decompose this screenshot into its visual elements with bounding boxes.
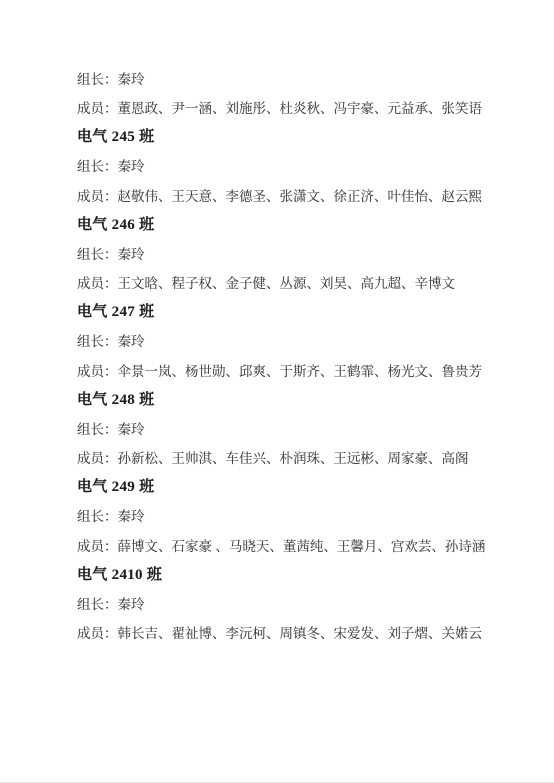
members-names: 孙新松、王帅淇、车佳兴、朴润珠、王远彬、周家豪、高阁 — [118, 451, 469, 466]
members-label: 成员： — [77, 451, 118, 466]
leader-name: 秦玲 — [118, 159, 145, 174]
class-heading: 电气 249 班 — [77, 473, 488, 502]
leader-label: 组长： — [77, 509, 118, 524]
members-names: 董恩政、尹一涵、刘施彤、杜炎秋、冯宇豪、元益承、张笑语 — [118, 101, 483, 116]
leader-line: 组长：秦玲 — [77, 590, 488, 619]
leader-name: 秦玲 — [118, 422, 145, 437]
leader-name: 秦玲 — [118, 509, 145, 524]
members-names: 韩长吉、翟祉博、李沅柯、周镇冬、宋爱发、刘子熠、关婼云 — [118, 626, 483, 641]
leader-name: 秦玲 — [118, 247, 145, 262]
leader-label: 组长： — [77, 422, 118, 437]
members-label: 成员： — [77, 626, 118, 641]
members-names: 赵敬伟、王天意、李德圣、张潇文、徐正济、叶佳怡、赵云熙 — [118, 189, 483, 204]
members-line: 成员：伞景一岚、杨世勋、邱爽、于斯齐、王鹤霏、杨光文、鲁贵芳 — [77, 357, 488, 386]
members-names: 王文晗、程子权、金子健、丛源、刘昊、高九超、辛博文 — [118, 276, 456, 291]
members-line: 成员：赵敬伟、王天意、李德圣、张潇文、徐正济、叶佳怡、赵云熙 — [77, 182, 488, 211]
members-label: 成员： — [77, 189, 118, 204]
leader-name: 秦玲 — [118, 72, 145, 87]
members-label: 成员： — [77, 539, 118, 554]
members-label: 成员： — [77, 364, 118, 379]
members-line: 成员：王文晗、程子权、金子健、丛源、刘昊、高九超、辛博文 — [77, 269, 488, 298]
leader-label: 组长： — [77, 159, 118, 174]
members-names: 薛博文、石家豪 、马晓天、董茜纯、王馨月、宫欢芸、孙诗涵 — [118, 539, 486, 554]
leader-line: 组长：秦玲 — [77, 152, 488, 181]
class-heading: 电气 246 班 — [77, 211, 488, 240]
members-line: 成员：韩长吉、翟祉博、李沅柯、周镇冬、宋爱发、刘子熠、关婼云 — [77, 619, 488, 648]
leader-name: 秦玲 — [118, 334, 145, 349]
class-heading: 电气 245 班 — [77, 123, 488, 152]
leader-label: 组长： — [77, 72, 118, 87]
leader-label: 组长： — [77, 597, 118, 612]
leader-line: 组长：秦玲 — [77, 502, 488, 531]
leader-line: 组长：秦玲 — [77, 415, 488, 444]
members-line: 成员：薛博文、石家豪 、马晓天、董茜纯、王馨月、宫欢芸、孙诗涵 — [77, 532, 488, 561]
members-label: 成员： — [77, 276, 118, 291]
class-heading: 电气 247 班 — [77, 298, 488, 327]
leader-line: 组长：秦玲 — [77, 327, 488, 356]
members-line: 成员：孙新松、王帅淇、车佳兴、朴润珠、王远彬、周家豪、高阁 — [77, 444, 488, 473]
leader-label: 组长： — [77, 247, 118, 262]
class-heading: 电气 2410 班 — [77, 561, 488, 590]
members-label: 成员： — [77, 101, 118, 116]
leader-name: 秦玲 — [118, 597, 145, 612]
members-line: 成员：董恩政、尹一涵、刘施彤、杜炎秋、冯宇豪、元益承、张笑语 — [77, 94, 488, 123]
members-names: 伞景一岚、杨世勋、邱爽、于斯齐、王鹤霏、杨光文、鲁贵芳 — [118, 364, 483, 379]
leader-label: 组长： — [77, 334, 118, 349]
leader-line: 组长：秦玲 — [77, 65, 488, 94]
document-page: 组长：秦玲 成员：董恩政、尹一涵、刘施彤、杜炎秋、冯宇豪、元益承、张笑语 电气 … — [0, 0, 554, 783]
class-heading: 电气 248 班 — [77, 386, 488, 415]
leader-line: 组长：秦玲 — [77, 240, 488, 269]
